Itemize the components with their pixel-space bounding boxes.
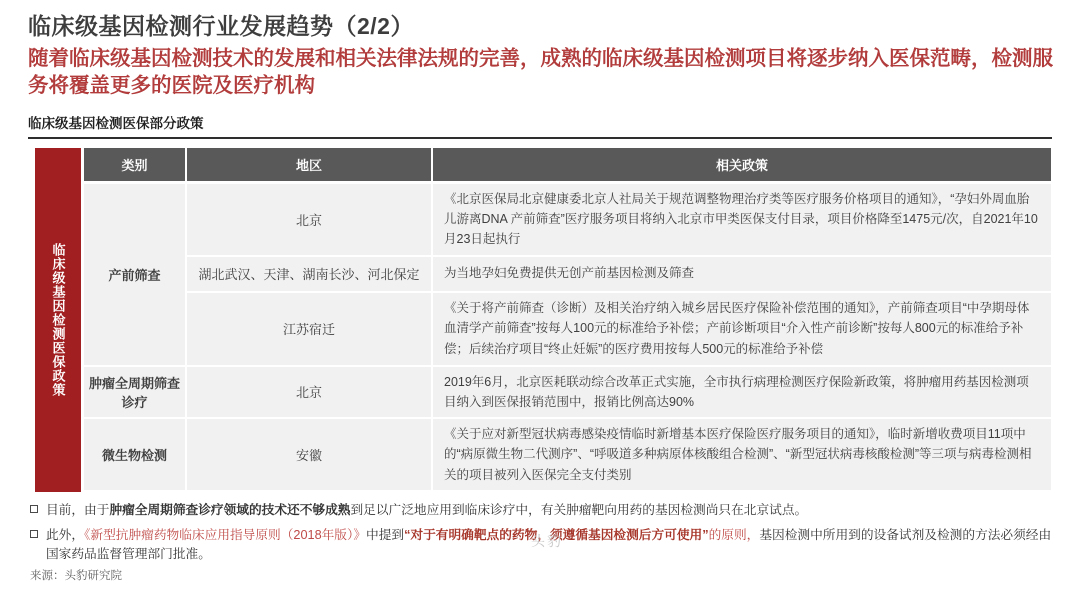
source-note: 来源：头豹研究院 [30, 567, 122, 583]
policy-cell: 《北京医保局北京健康委北京人社局关于规范调整物理治疗类等医疗服务价格项目的通知》… [432, 182, 1051, 255]
category-cell-tumor: 肿瘤全周期筛查诊疗 [84, 366, 186, 419]
policy-cell: 《关于应对新型冠状病毒感染疫情临时新增基本医疗保险医疗服务项目的通知》，临时新增… [432, 418, 1051, 491]
column-header-policy: 相关政策 [432, 148, 1051, 182]
category-cell-microbe: 微生物检测 [84, 418, 186, 491]
table-header-row: 类别 地区 相关政策 [84, 148, 1051, 182]
table-row: 产前筛查 北京 《北京医保局北京健康委北京人社局关于规范调整物理治疗类等医疗服务… [84, 182, 1051, 255]
policy-table: 类别 地区 相关政策 产前筛查 北京 《北京医保局北京健康委北京人社局关于规范调… [84, 148, 1051, 492]
column-header-region: 地区 [186, 148, 432, 182]
category-cell-prenatal: 产前筛查 [84, 182, 186, 365]
table-row: 微生物检测 安徽 《关于应对新型冠状病毒感染疫情临时新增基本医疗保险医疗服务项目… [84, 418, 1051, 491]
footnote-text: 目前，由于肿瘤全周期筛查诊疗领域的技术还不够成熟到足以广泛地应用到临床诊疗中，有… [46, 501, 1052, 520]
policy-table-region: 临床级基因检测医保政策 类别 地区 相关政策 产前筛查 北京 《北京医保局北京健… [35, 148, 1051, 492]
table-row: 江苏宿迁 《关于将产前筛查（诊断）及相关治疗纳入城乡居民医疗保险补偿范围的通知》… [84, 292, 1051, 366]
watermark: 头豹 [531, 531, 563, 551]
bullet-square-icon [30, 530, 38, 538]
region-cell: 北京 [186, 366, 432, 419]
table-sidebar-band: 临床级基因检测医保政策 [35, 148, 81, 492]
bullet-square-icon [30, 505, 38, 513]
table-sidebar-label: 临床级基因检测医保政策 [49, 243, 68, 397]
policy-cell: 为当地孕妇免费提供无创产前基因检测及筛查 [432, 256, 1051, 292]
region-cell: 安徽 [186, 418, 432, 491]
column-header-category: 类别 [84, 148, 186, 182]
region-cell: 湖北武汉、天津、湖南长沙、河北保定 [186, 256, 432, 292]
table-row: 肿瘤全周期筛查诊疗 北京 2019年6月，北京医耗联动综合改革正式实施，全市执行… [84, 366, 1051, 419]
slide-header: 临床级基因检测行业发展趋势（2/2） 随着临床级基因检测技术的发展和相关法律法规… [0, 0, 1080, 99]
region-cell: 江苏宿迁 [186, 292, 432, 366]
policy-cell: 《关于将产前筛查（诊断）及相关治疗纳入城乡居民医疗保险补偿范围的通知》，产前筛查… [432, 292, 1051, 366]
table-row: 湖北武汉、天津、湖南长沙、河北保定 为当地孕妇免费提供无创产前基因检测及筛查 [84, 256, 1051, 292]
table-section-label: 临床级基因检测医保部分政策 [28, 112, 1080, 132]
region-cell: 北京 [186, 182, 432, 255]
footnote-item: 目前，由于肿瘤全周期筛查诊疗领域的技术还不够成熟到足以广泛地应用到临床诊疗中，有… [30, 501, 1052, 520]
section-divider [28, 137, 1052, 139]
page-title: 临床级基因检测行业发展趋势（2/2） [28, 8, 1052, 41]
page-subtitle: 随着临床级基因检测技术的发展和相关法律法规的完善，成熟的临床级基因检测项目将逐步… [28, 46, 1054, 99]
policy-cell: 2019年6月，北京医耗联动综合改革正式实施，全市执行病理检测医疗保险新政策，将… [432, 366, 1051, 419]
